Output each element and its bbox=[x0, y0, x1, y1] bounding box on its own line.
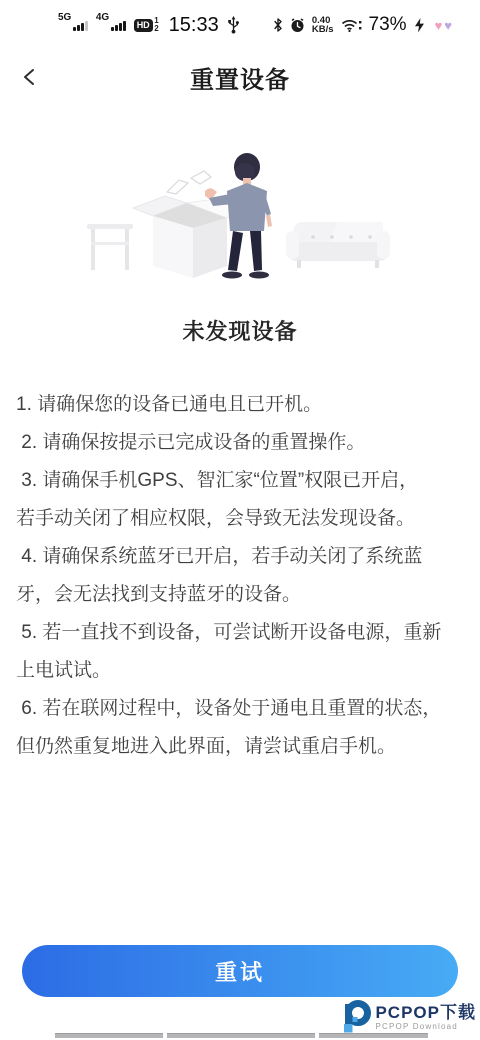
usb-icon bbox=[227, 16, 240, 34]
status-time: 15:33 bbox=[169, 14, 219, 37]
instruction-item: 3. 请确保手机GPS、智汇家“位置”权限已开启， 若手动关闭了相应权限，会导致… bbox=[16, 462, 476, 538]
instruction-item: 4. 请确保系统蓝牙已开启，若手动关闭了系统蓝 牙，会无法找到支持蓝牙的设备。 bbox=[16, 538, 476, 614]
watermark-text: PCPOP下载 PCPOP Download bbox=[375, 1004, 476, 1031]
network-type-sim2: 4G bbox=[96, 12, 109, 23]
pink-heart-icon: ♥ bbox=[435, 18, 443, 33]
hd-icon: HD bbox=[134, 19, 153, 32]
signal-bars-icon bbox=[111, 21, 126, 31]
charging-bolt-icon bbox=[414, 18, 425, 33]
watermark-subtext: PCPOP Download bbox=[375, 1022, 476, 1031]
network-speed: 0.40 KB/s bbox=[312, 16, 334, 35]
hearts-decoration: ♥ ♥ bbox=[435, 18, 452, 33]
network-type-sim1: 5G bbox=[58, 12, 71, 23]
instruction-item: 1. 请确保您的设备已通电且已开机。 bbox=[16, 386, 476, 424]
signal-sim1: 5G bbox=[58, 20, 88, 31]
speed-unit: KB/s bbox=[312, 25, 334, 35]
status-bar-left: 5G 4G HD 1 2 15:33 bbox=[58, 14, 240, 37]
stool bbox=[87, 224, 133, 270]
back-button[interactable] bbox=[14, 61, 46, 93]
wifi-icon bbox=[341, 19, 358, 32]
instruction-item: 5. 若一直找不到设备，可尝试断开设备电源，重新 上电试试。 bbox=[16, 614, 476, 690]
hd-sim2-number: 2 bbox=[154, 25, 158, 33]
status-bar-right: 0.40 KB/s 73% ♥ ♥ bbox=[273, 14, 452, 36]
bottom-divider-bars bbox=[55, 1033, 428, 1038]
instruction-item: 6. 若在联网过程中，设备处于通电且重置的状态， 但仍然重复地进入此界面，请尝试… bbox=[16, 690, 476, 766]
purple-heart-icon: ♥ bbox=[444, 18, 452, 33]
instruction-list: 1. 请确保您的设备已通电且已开机。 2. 请确保按提示已完成设备的重置操作。 … bbox=[16, 386, 476, 766]
battery-percent: 73% bbox=[369, 14, 407, 36]
signal-sim2: 4G bbox=[96, 20, 126, 31]
sofa bbox=[286, 222, 390, 268]
open-box bbox=[133, 196, 245, 278]
hd-volte-indicator: HD 1 2 bbox=[134, 17, 159, 33]
page-title: 重置设备 bbox=[190, 60, 290, 95]
bluetooth-icon bbox=[273, 18, 283, 32]
watermark-brand: PCPOP下载 bbox=[375, 1004, 476, 1022]
pcpop-watermark: PCPOP下载 PCPOP Download bbox=[341, 1000, 476, 1034]
papers bbox=[167, 171, 211, 194]
not-found-title: 未发现设备 bbox=[0, 315, 480, 346]
status-bar: 5G 4G HD 1 2 15:33 bbox=[0, 0, 480, 44]
wifi-indicator bbox=[341, 19, 362, 32]
retry-button[interactable]: 重试 bbox=[22, 945, 458, 997]
wifi-dual-dots-icon bbox=[359, 20, 362, 31]
signal-bars-icon bbox=[73, 21, 88, 31]
instruction-item: 2. 请确保按提示已完成设备的重置操作。 bbox=[16, 424, 476, 462]
hd-sim-numbers: 1 2 bbox=[154, 17, 158, 33]
pcpop-logo-icon bbox=[341, 1000, 371, 1034]
chevron-left-icon bbox=[20, 67, 40, 87]
title-bar: 重置设备 bbox=[0, 44, 480, 110]
alarm-clock-icon bbox=[290, 18, 305, 33]
empty-box-illustration bbox=[75, 138, 405, 303]
